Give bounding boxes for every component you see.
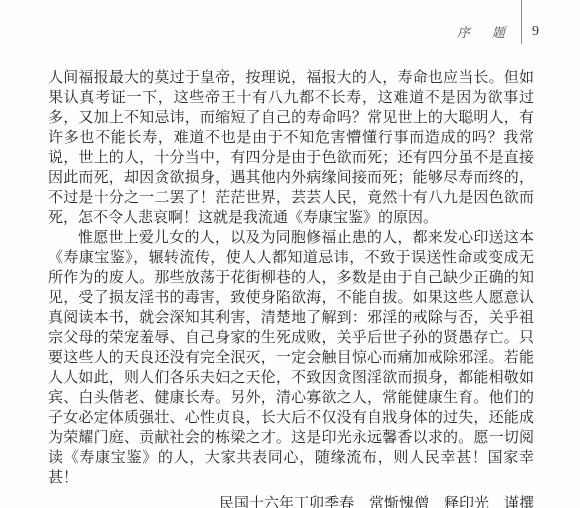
header-divider	[521, 0, 522, 44]
running-title: 序题	[457, 22, 527, 46]
paragraph-2: 惟愿世上爱儿女的人，以及为同胞修福止患的人，都来发心印送这本《寿康宝鉴》，辗转流…	[48, 228, 534, 488]
body-text: 人间福报最大的莫过于皇帝，按理说，福报大的人，寿命也应当长。但如果认真考证一下，…	[48, 68, 534, 508]
paragraph-1: 人间福报最大的莫过于皇帝，按理说，福报大的人，寿命也应当长。但如果认真考证一下，…	[48, 68, 534, 228]
page-header: 序题 9	[0, 0, 580, 46]
book-page: 序题 9 人间福报最大的莫过于皇帝，按理说，福报大的人，寿命也应当长。但如果认真…	[0, 0, 580, 508]
signature-line: 民国十六年丁卯季春 常惭愧僧 释印光 谨撰	[48, 494, 534, 508]
page-number: 9	[532, 24, 544, 46]
